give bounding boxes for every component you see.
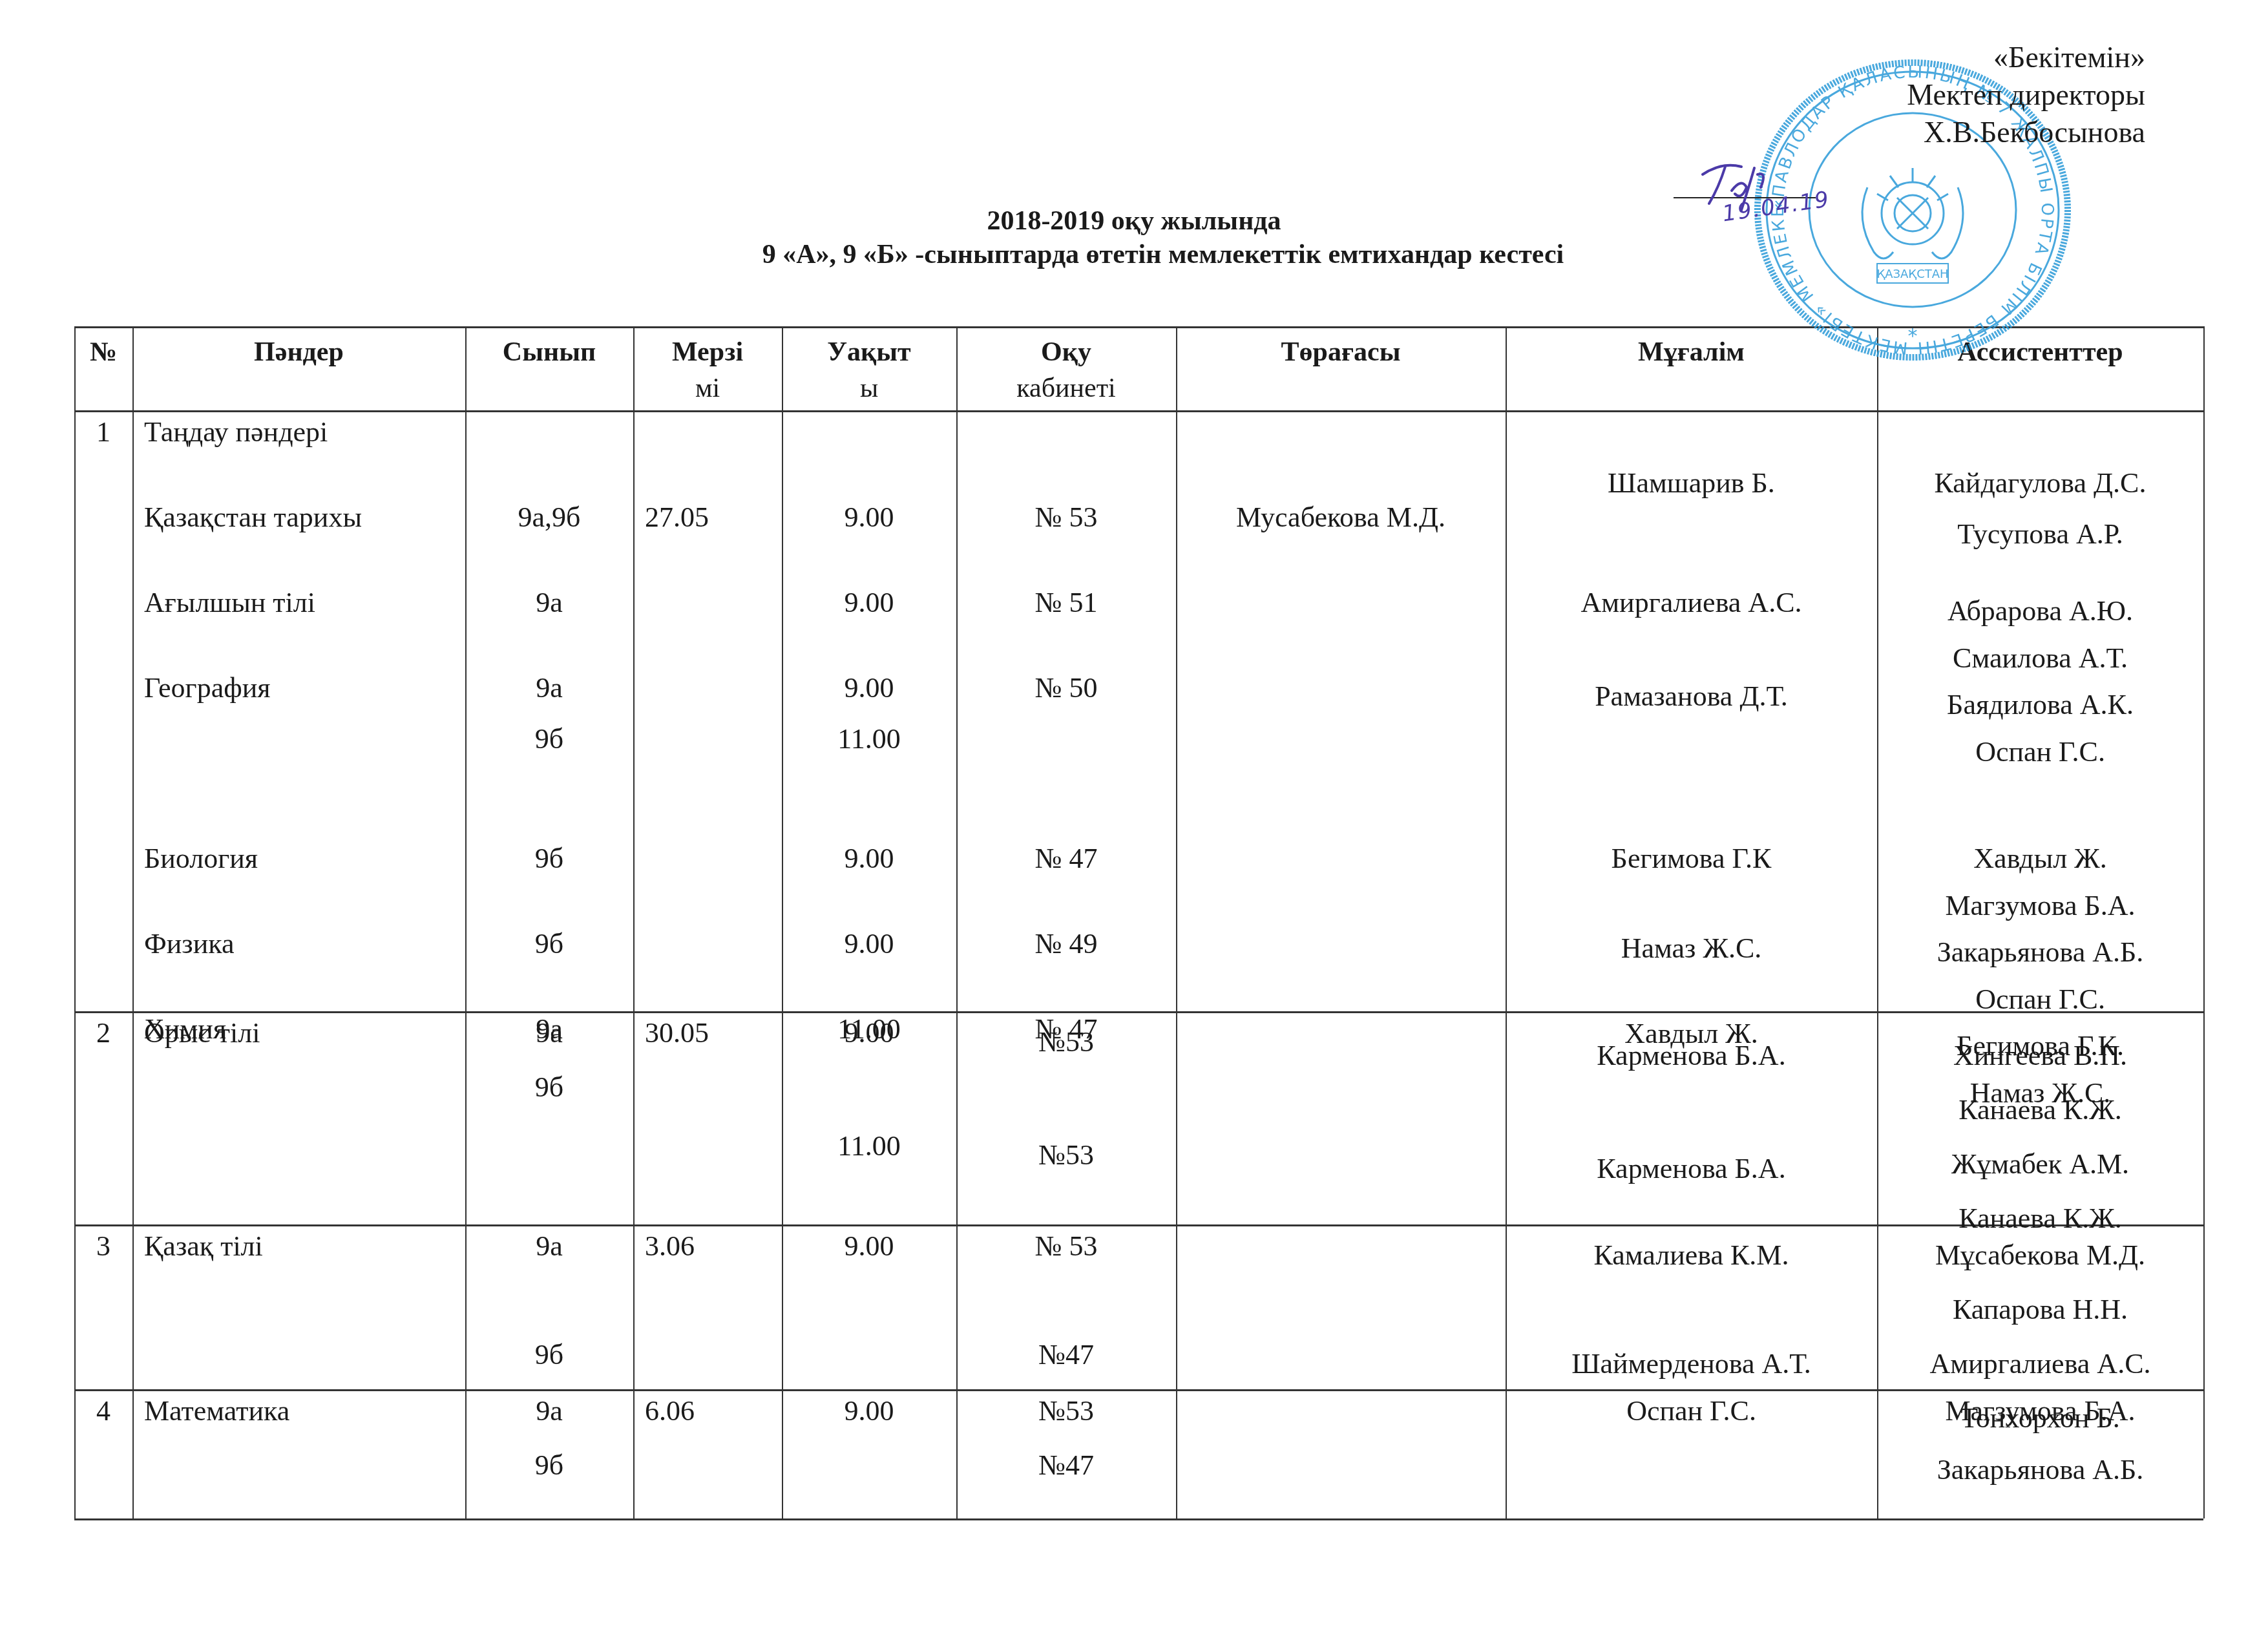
- table-row-divider: [74, 1518, 2203, 1520]
- document-title: 9 «А», 9 «Б» -сыныптарда өтетін мемлекет…: [582, 239, 1745, 270]
- column-header-time: Уақыты: [782, 334, 956, 406]
- table-cell-assistants: Канаева К.Ж.: [1877, 1202, 2203, 1235]
- column-header-date: Мерзімі: [633, 334, 782, 406]
- table-cell-room: № 51: [956, 586, 1176, 620]
- table-cell-class: 9а: [465, 671, 633, 705]
- stamp-inner-text: ҚАЗАҚСТАН: [1876, 268, 1948, 281]
- table-column-divider: [132, 326, 134, 1518]
- table-cell-assistants: Жұмабек А.М.: [1877, 1148, 2203, 1181]
- table-cell-subjects: Ағылшын тілі: [144, 586, 465, 620]
- column-header-text: Пәндер: [132, 334, 465, 370]
- table-cell-teacher: Оспан Г.С.: [1506, 1394, 1877, 1428]
- table-cell-assistants: Оспан Г.С.: [1877, 983, 2203, 1016]
- table-cell-class: 9б: [465, 1449, 633, 1482]
- table-cell-time: 11.00: [782, 1129, 956, 1163]
- table-cell-teacher: Бегимова Г.К: [1506, 842, 1877, 876]
- table-cell-subjects: Орыс тілі: [144, 1016, 465, 1050]
- table-cell-assistants: Баядилова А.К.: [1877, 688, 2203, 722]
- table-cell-teacher: Намаз Ж.С.: [1506, 932, 1877, 965]
- table-cell-assistants: Закарьянова А.Б.: [1877, 1453, 2203, 1487]
- column-header-text: мі: [633, 370, 782, 406]
- table-cell-teacher: Амиргалиева А.С.: [1506, 586, 1877, 620]
- svg-text:*: *: [1908, 325, 1918, 348]
- table-cell-room: №47: [956, 1338, 1176, 1372]
- column-header-text: Төрағасы: [1176, 334, 1506, 370]
- table-column-divider: [633, 326, 635, 1518]
- table-cell-room: №47: [956, 1449, 1176, 1482]
- table-cell-room: №53: [956, 1139, 1176, 1172]
- table-cell-room: № 53: [956, 1230, 1176, 1263]
- column-header-text: Мерзі: [633, 334, 782, 370]
- table-cell-time: 9.00: [782, 586, 956, 620]
- table-cell-class: 9а: [465, 1230, 633, 1263]
- approver-position: Мектеп директоры: [1907, 76, 2145, 114]
- table-cell-date: 27.05: [645, 501, 782, 534]
- approval-heading: «Бекітемін»: [1907, 39, 2145, 76]
- approval-block: «Бекітемін» Мектеп директоры Х.В.Бекбосы…: [1907, 39, 2145, 151]
- table-cell-class: 9а,9б: [465, 501, 633, 534]
- table-cell-date: 6.06: [645, 1394, 782, 1428]
- table-cell-class: 9б: [465, 842, 633, 876]
- table-cell-assistants: Абрарова А.Ю.: [1877, 594, 2203, 628]
- column-header-text: кабинеті: [956, 370, 1176, 406]
- table-cell-no: 3: [74, 1230, 132, 1263]
- table-cell-assistants: Капарова Н.Н.: [1877, 1293, 2203, 1327]
- table-cell-assistants: Хингеева В.П.: [1877, 1039, 2203, 1073]
- table-row-divider: [74, 1389, 2203, 1391]
- column-header-class: Сынып: [465, 334, 633, 370]
- column-header-room: Оқукабинеті: [956, 334, 1176, 406]
- table-cell-assistants: Закарьянова А.Б.: [1877, 936, 2203, 969]
- table-cell-class: 9а: [465, 1394, 633, 1428]
- table-cell-class: 9а: [465, 586, 633, 620]
- table-cell-assistants: Смаилова А.Т.: [1877, 642, 2203, 675]
- table-cell-time: 9.00: [782, 1016, 956, 1050]
- column-header-no: №: [74, 334, 132, 370]
- table-cell-assistants: Хавдыл Ж.: [1877, 842, 2203, 876]
- table-cell-subjects: Қазақстан тарихы: [144, 501, 465, 534]
- column-header-text: №: [74, 334, 132, 370]
- table-cell-chair: Мусабекова М.Д.: [1176, 501, 1506, 534]
- table-cell-time: 9.00: [782, 1230, 956, 1263]
- table-cell-assistants: Кайдагулова Д.С.: [1877, 467, 2203, 500]
- table-cell-teacher: Шамшарив Б.: [1506, 467, 1877, 500]
- column-header-text: Оқу: [956, 334, 1176, 370]
- table-cell-assistants: Магзумова Б.А.: [1877, 1394, 2203, 1428]
- column-header-subjects: Пәндер: [132, 334, 465, 370]
- table-cell-time: 9.00: [782, 1394, 956, 1428]
- column-header-text: Сынып: [465, 334, 633, 370]
- table-cell-room: №53: [956, 1394, 1176, 1428]
- table-cell-room: №53: [956, 1025, 1176, 1059]
- table-row-divider: [74, 410, 2203, 412]
- document-title-year: 2018-2019 оқу жылында: [0, 205, 2268, 236]
- table-cell-subjects: Қазақ тілі: [144, 1230, 465, 1263]
- table-cell-assistants: Оспан Г.С.: [1877, 735, 2203, 769]
- table-cell-teacher: Камалиева К.М.: [1506, 1239, 1877, 1272]
- table-cell-time: 9.00: [782, 927, 956, 961]
- table-cell-no: 4: [74, 1394, 132, 1428]
- table-column-divider: [1506, 326, 1507, 1518]
- table-cell-subjects: Биология: [144, 842, 465, 876]
- table-cell-class: 9а: [465, 1016, 633, 1050]
- table-cell-no: 1: [74, 415, 132, 449]
- table-cell-assistants: Амиргалиева А.С.: [1877, 1347, 2203, 1381]
- table-cell-date: 30.05: [645, 1016, 782, 1050]
- table-cell-assistants: Мұсабекова М.Д.: [1877, 1239, 2203, 1272]
- table-cell-room: № 49: [956, 927, 1176, 961]
- table-cell-no: 2: [74, 1016, 132, 1050]
- table-cell-subjects: География: [144, 671, 465, 705]
- table-cell-room: № 47: [956, 842, 1176, 876]
- table-cell-room: № 53: [956, 501, 1176, 534]
- table-cell-class: 9б: [465, 927, 633, 961]
- table-cell-assistants: Магзумова Б.А.: [1877, 889, 2203, 923]
- table-cell-time: 9.00: [782, 671, 956, 705]
- table-cell-teacher: Шаймерденова А.Т.: [1506, 1347, 1877, 1381]
- table-cell-teacher: Карменова Б.А.: [1506, 1152, 1877, 1186]
- table-cell-teacher: Карменова Б.А.: [1506, 1039, 1877, 1073]
- table-cell-class: 9б: [465, 1338, 633, 1372]
- table-cell-time: 11.00: [782, 722, 956, 756]
- table-cell-time: 9.00: [782, 501, 956, 534]
- table-cell-teacher: Рамазанова Д.Т.: [1506, 680, 1877, 713]
- table-cell-class: 9б: [465, 722, 633, 756]
- column-header-chair: Төрағасы: [1176, 334, 1506, 370]
- table-cell-class: 9б: [465, 1071, 633, 1104]
- table-cell-subjects: Таңдау пәндері: [144, 415, 465, 449]
- table-cell-time: 9.00: [782, 842, 956, 876]
- table-cell-date: 3.06: [645, 1230, 782, 1263]
- table-cell-assistants: Тусупова А.Р.: [1877, 518, 2203, 551]
- table-cell-room: № 50: [956, 671, 1176, 705]
- table-cell-subjects: Физика: [144, 927, 465, 961]
- column-header-text: ы: [782, 370, 956, 406]
- table-cell-subjects: Математика: [144, 1394, 465, 1428]
- column-header-text: Уақыт: [782, 334, 956, 370]
- table-cell-assistants: Канаева К.Ж.: [1877, 1093, 2203, 1127]
- approver-name: Х.В.Бекбосынова: [1907, 114, 2145, 151]
- table-column-divider: [74, 326, 76, 1518]
- table-column-divider: [2203, 326, 2205, 1518]
